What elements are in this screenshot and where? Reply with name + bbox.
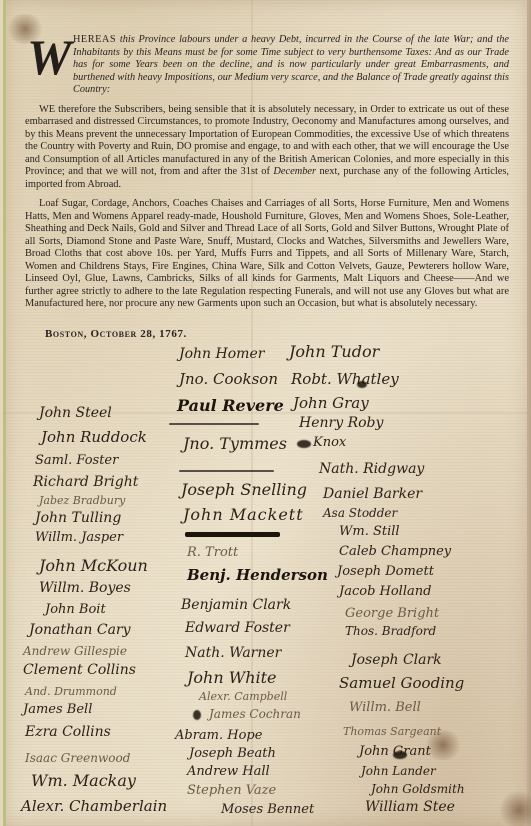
signature: John Ruddock bbox=[41, 428, 147, 446]
signature: Jno. Cookson bbox=[179, 370, 278, 388]
signature: Wm. Mackay bbox=[31, 771, 136, 790]
paragraph-articles: Loaf Sugar, Cordage, Anchors, Coaches Ch… bbox=[25, 198, 509, 311]
signature: Alexr. Chamberlain bbox=[21, 797, 167, 815]
signature: Jabez Bradbury bbox=[39, 494, 125, 507]
signature: R. Trott bbox=[187, 545, 238, 560]
signature: John McKoun bbox=[39, 556, 148, 575]
signature: George Bright bbox=[345, 606, 439, 621]
signature: Joseph Beath bbox=[189, 746, 276, 761]
signature: Robt. Whatley bbox=[291, 370, 399, 388]
signature: Caleb Champney bbox=[339, 544, 451, 559]
paper-stain bbox=[499, 790, 531, 826]
signature: Stephen Vaze bbox=[187, 783, 276, 798]
signature-paul-revere: Paul Revere bbox=[177, 396, 284, 415]
ink-blot bbox=[357, 381, 367, 388]
signature: Benj. Henderson bbox=[187, 566, 328, 584]
signature: Andrew Hall bbox=[187, 764, 270, 779]
signature: John Homer bbox=[179, 346, 264, 362]
flourish-line bbox=[179, 470, 274, 472]
preamble-text: this Province labours under a heavy Debt… bbox=[73, 34, 509, 95]
signature: William Stee bbox=[365, 799, 455, 815]
signature: John Goldsmith bbox=[371, 782, 465, 796]
signature: Benjamin Clark bbox=[181, 597, 291, 613]
signature: Isaac Greenwood bbox=[25, 751, 130, 765]
signature: Edward Foster bbox=[185, 620, 290, 636]
signature: Richard Bright bbox=[33, 474, 138, 490]
dateline: Boston, October 28, 1767. bbox=[45, 328, 187, 340]
signature: Saml. Foster bbox=[35, 453, 118, 468]
signature: Henry Roby bbox=[299, 415, 383, 431]
signature: Willm. Boyes bbox=[39, 580, 131, 596]
signature: Nath. Warner bbox=[185, 645, 281, 661]
signature: Alexr. Campbell bbox=[199, 690, 287, 703]
signature: Joseph Domett bbox=[337, 564, 434, 579]
signature: Jacob Holland bbox=[339, 584, 431, 599]
printed-agreement: W HEREAS this Province labours under a h… bbox=[25, 34, 509, 311]
signature: Asa Stodder bbox=[323, 506, 397, 520]
signature: John Lander bbox=[361, 764, 436, 778]
signature: John Mackett bbox=[183, 505, 304, 524]
signature: Abram. Hope bbox=[175, 728, 262, 743]
signature: John Steel bbox=[39, 405, 112, 421]
signature: John Gray bbox=[293, 394, 369, 412]
signature: Knox bbox=[313, 435, 346, 450]
signature: James Cochran bbox=[209, 707, 301, 721]
signature: Willm. Bell bbox=[349, 700, 421, 715]
flourish-line bbox=[169, 423, 259, 425]
signature: Jno. Tymmes bbox=[183, 434, 287, 453]
signature: Ezra Collins bbox=[25, 724, 111, 740]
signature: Willm. Jasper bbox=[35, 530, 123, 545]
signature: And. Drummond bbox=[25, 685, 117, 698]
drop-cap: W bbox=[27, 32, 71, 82]
manuscript-page: W HEREAS this Province labours under a h… bbox=[3, 0, 531, 826]
signature: Samuel Gooding bbox=[339, 674, 464, 692]
ink-blot bbox=[297, 440, 311, 448]
preamble-lead: HEREAS bbox=[73, 34, 116, 45]
signature: Jonathan Cary bbox=[29, 622, 131, 638]
struck-signature bbox=[185, 532, 280, 537]
ink-blot bbox=[393, 751, 407, 759]
signature: Wm. Still bbox=[339, 524, 400, 539]
signature: John White bbox=[187, 668, 277, 687]
signature: James Bell bbox=[23, 702, 92, 717]
signature: Andrew Gillespie bbox=[23, 644, 127, 658]
preamble: W HEREAS this Province labours under a h… bbox=[25, 34, 509, 97]
signature: Daniel Barker bbox=[323, 486, 422, 502]
signature: Clement Collins bbox=[23, 662, 136, 678]
signature: Nath. Ridgway bbox=[319, 461, 424, 477]
signature: John Boit bbox=[45, 602, 106, 617]
signature: John Tudor bbox=[289, 342, 379, 361]
signature: Moses Bennet bbox=[221, 802, 314, 817]
signature: Thomas Sargeant bbox=[343, 725, 441, 738]
emphasis-december: December bbox=[273, 166, 316, 177]
signature: Thos. Bradford bbox=[345, 624, 436, 638]
paragraph-resolution: WE therefore the Subscribers, being sens… bbox=[25, 104, 509, 192]
signature: John Tulling bbox=[35, 510, 121, 526]
ink-blot bbox=[193, 710, 201, 720]
signature: Joseph Clark bbox=[351, 652, 442, 668]
signature: Joseph Snelling bbox=[181, 480, 307, 499]
